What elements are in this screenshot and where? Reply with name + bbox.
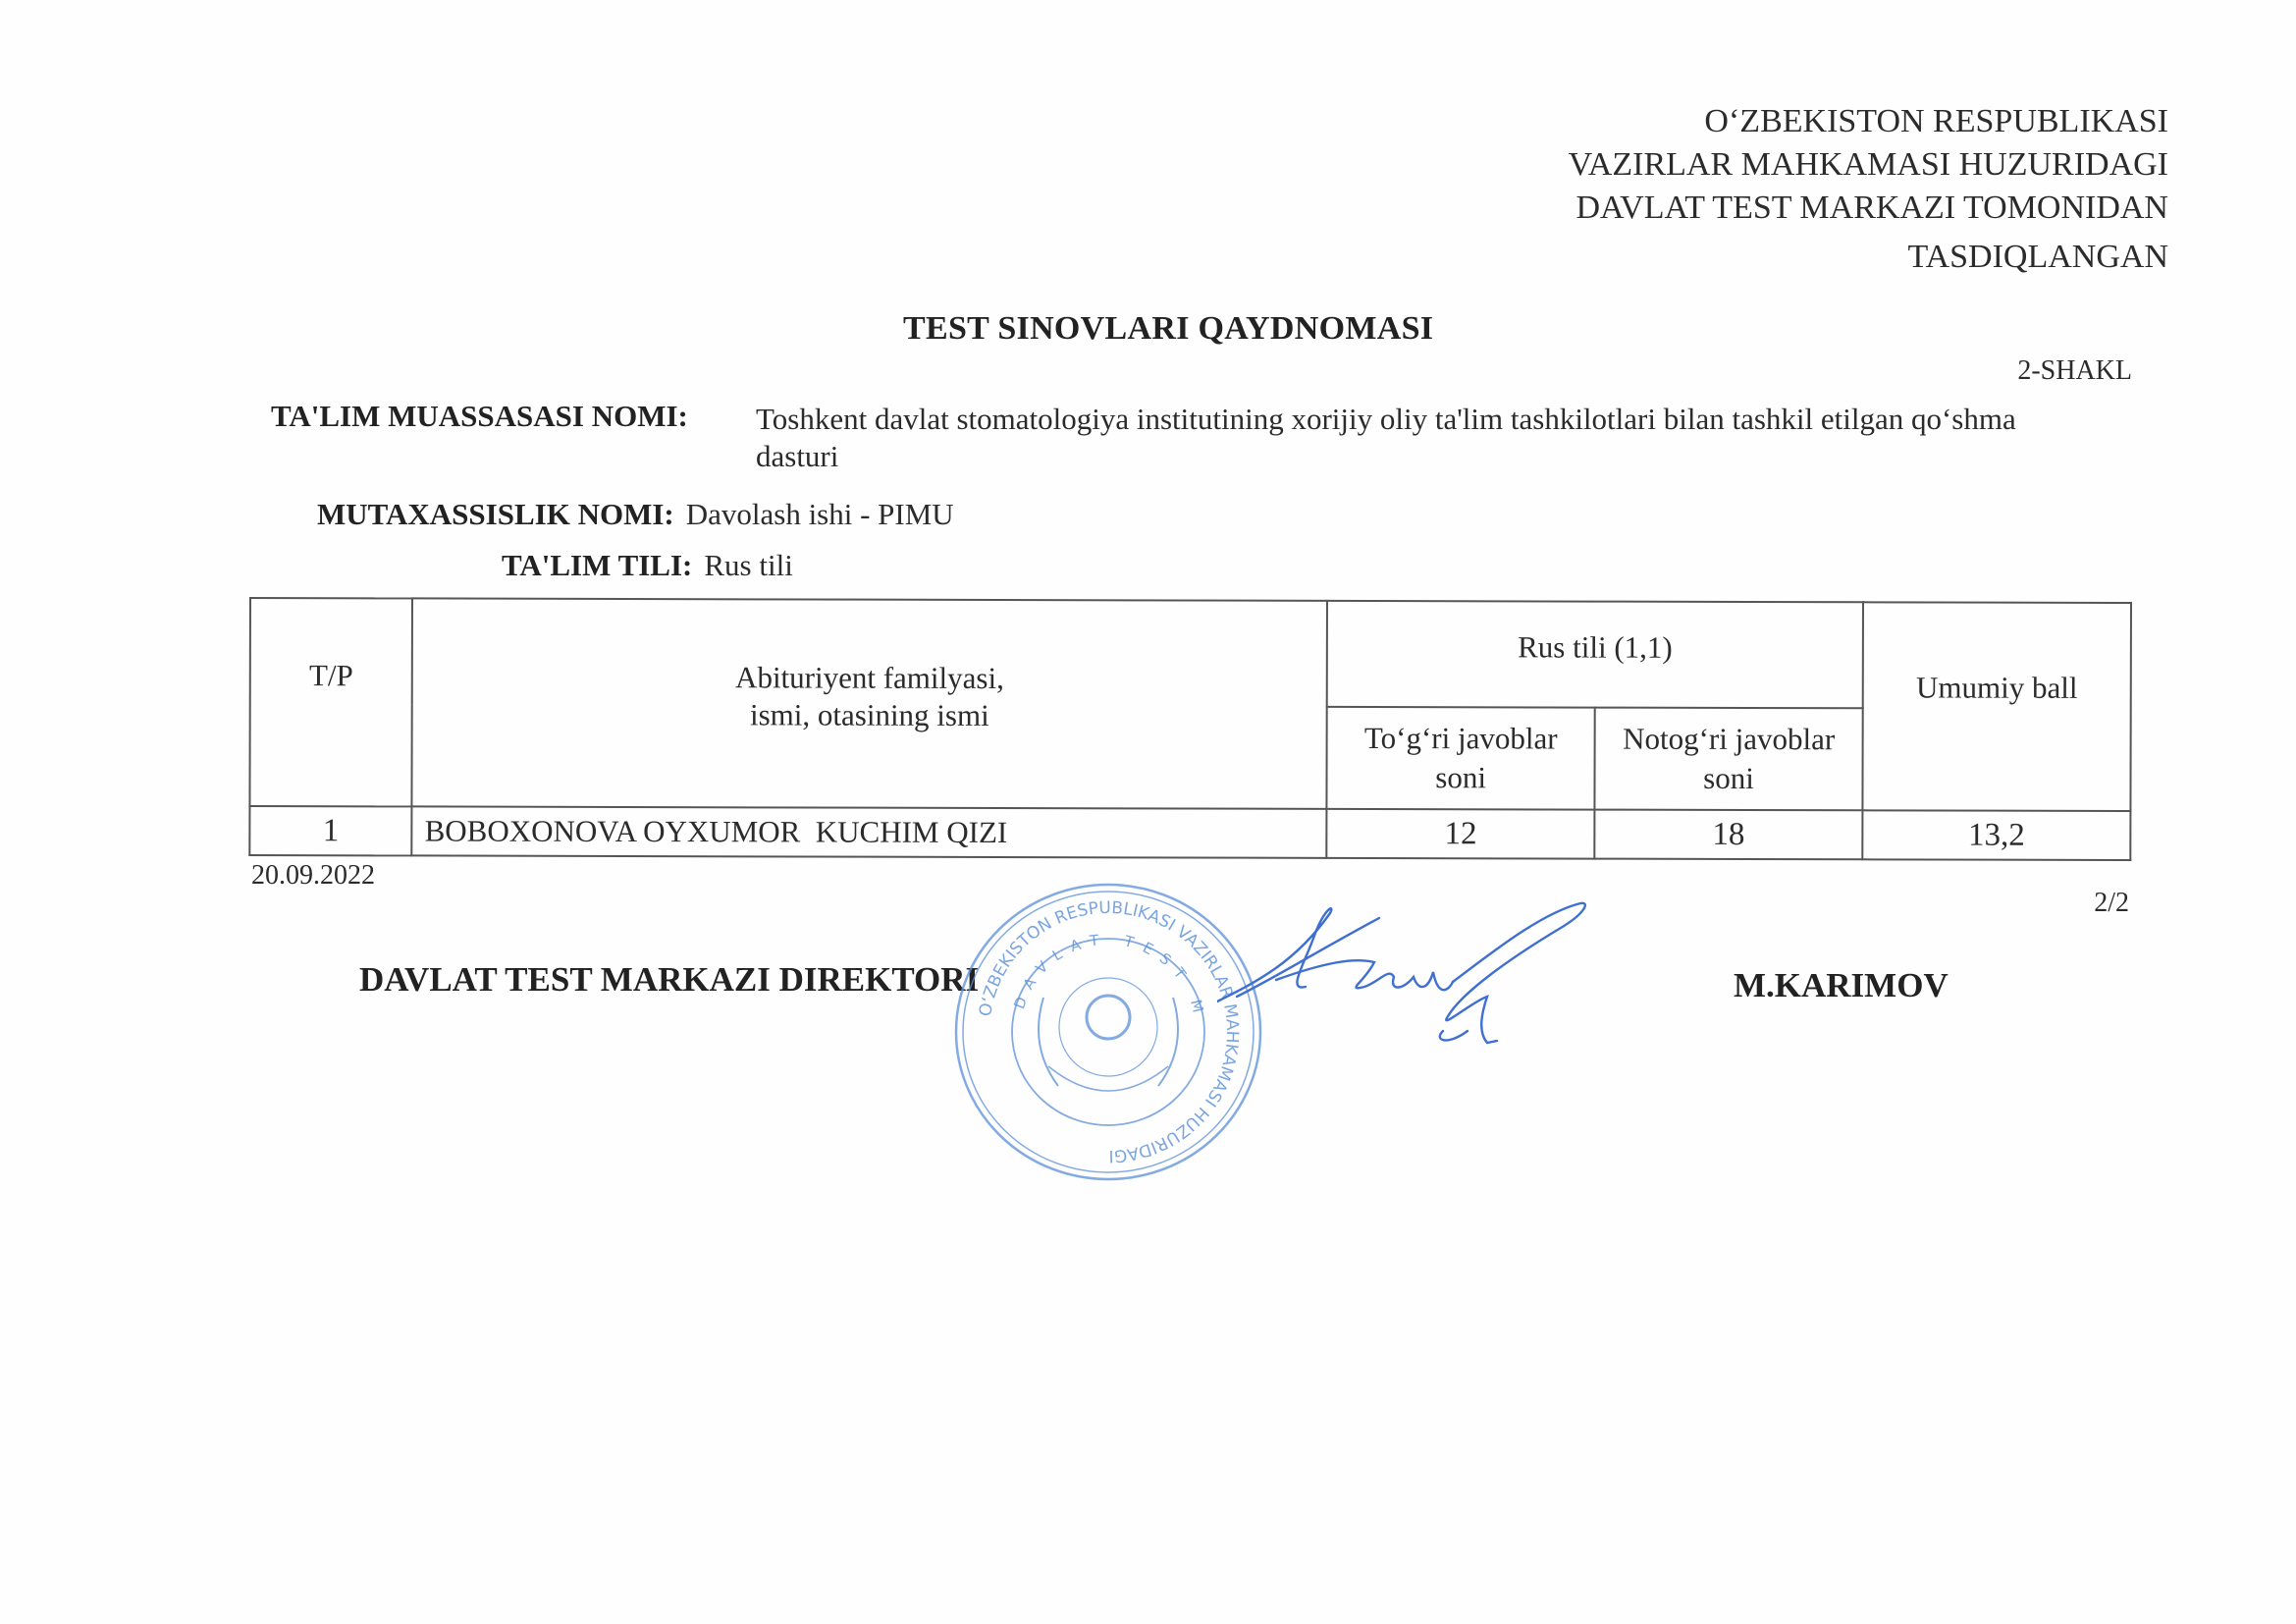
- director-title: DAVLAT TEST MARKAZI DIREKTORI: [359, 960, 979, 1000]
- approval-line: TASDIQLANGAN: [1569, 236, 2168, 279]
- approval-line: O‘ZBEKISTON RESPUBLIKASI: [1704, 103, 2168, 139]
- cell-correct: 12: [1326, 809, 1594, 859]
- approval-block: O‘ZBEKISTON RESPUBLIKASI VAZIRLAR MAHKAM…: [1569, 100, 2168, 279]
- page-number: 2/2: [2094, 888, 2129, 919]
- specialty-label: MUTAXASSISLIK NOMI:: [317, 497, 674, 531]
- header-subject: Rus tili (1,1): [1327, 601, 1863, 708]
- language-value: Rus tili: [704, 548, 792, 582]
- approval-line: VAZIRLAR MAHKAMASI HUZURIDAGI: [1569, 146, 2168, 183]
- signature-icon: [1217, 884, 1610, 1051]
- header-name: Abituriyent familyasi, ismi, otasining i…: [412, 598, 1327, 808]
- institution-label: TA'LIM MUASSASASI NOMI:: [271, 399, 688, 434]
- header-correct-line1: To‘g‘ri javoblar: [1364, 721, 1558, 756]
- header-total: Umumiy ball: [1862, 602, 2131, 811]
- header-name-line1: Abituriyent familyasi,: [735, 660, 1004, 695]
- cell-total: 13,2: [1862, 810, 2130, 860]
- specialty-row: MUTAXASSISLIK NOMI:Davolash ishi - PIMU: [317, 497, 954, 532]
- document-date: 20.09.2022: [251, 860, 375, 892]
- cell-name: BOBOXONOVA OYXUMOR KUCHIM QIZI: [412, 806, 1327, 857]
- language-row: TA'LIM TILI:Rus tili: [502, 548, 793, 583]
- header-correct-line2: soni: [1435, 760, 1486, 794]
- form-id: 2-SHAKL: [2017, 355, 2132, 387]
- specialty-value: Davolash ishi - PIMU: [686, 497, 954, 531]
- results-table: T/P Abituriyent familyasi, ismi, otasini…: [248, 597, 2132, 861]
- header-wrong-line1: Notog‘ri javoblar: [1623, 722, 1835, 757]
- header-wrong-line2: soni: [1703, 761, 1754, 795]
- document-title: TEST SINOVLARI QAYDNOMASI: [903, 310, 1433, 348]
- signer-name: M.KARIMOV: [1734, 966, 1949, 1005]
- document-page: O‘ZBEKISTON RESPUBLIKASI VAZIRLAR MAHKAM…: [0, 0, 2296, 1624]
- institution-value: Toshkent davlat stomatologiya institutin…: [756, 401, 2071, 475]
- cell-wrong: 18: [1594, 810, 1862, 860]
- header-name-line2: ismi, otasining ismi: [750, 697, 989, 732]
- approval-line: DAVLAT TEST MARKAZI TOMONIDAN: [1575, 189, 2168, 226]
- language-label: TA'LIM TILI:: [502, 548, 692, 582]
- header-wrong: Notog‘ri javoblar soni: [1595, 708, 1863, 811]
- table-row: 1 BOBOXONOVA OYXUMOR KUCHIM QIZI 12 18 1…: [249, 806, 2130, 860]
- header-correct: To‘g‘ri javoblar soni: [1327, 707, 1595, 810]
- header-tp: T/P: [249, 598, 412, 806]
- cell-tp: 1: [249, 806, 411, 855]
